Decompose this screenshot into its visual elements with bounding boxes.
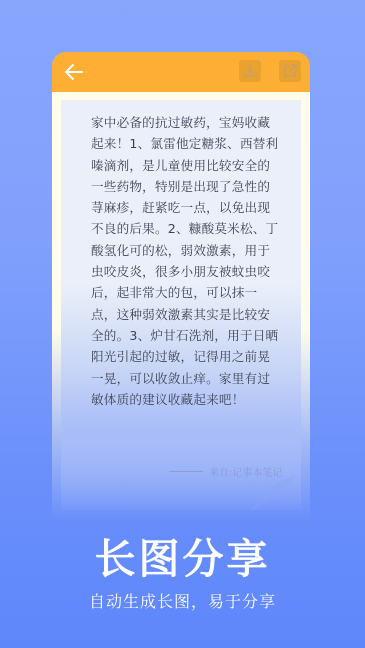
note-card: 家中必备的抗过敏药，宝妈收藏起来！1、氯雷他定糖浆、西替利嗪滴剂，是儿童使用比较… [61,100,301,510]
long-image-paper: 家中必备的抗过敏药，宝妈收藏起来！1、氯雷他定糖浆、西替利嗪滴剂，是儿童使用比较… [52,92,310,522]
promo-title: 长图分享 [0,534,365,584]
back-button[interactable] [62,60,86,84]
share-button[interactable] [279,60,301,82]
source-divider [169,471,203,472]
download-icon [242,63,258,79]
share-icon [282,63,298,79]
arrow-left-icon [62,60,86,84]
app-preview: 家中必备的抗过敏药，宝妈收藏起来！1、氯雷他定糖浆、西替利嗪滴剂，是儿童使用比较… [52,52,310,522]
promo-subtitle: 自动生成长图，易于分享 [0,589,365,612]
toolbar [52,52,310,92]
download-button[interactable] [239,60,261,82]
feather-icon [249,473,299,513]
note-body: 家中必备的抗过敏药，宝妈收藏起来！1、氯雷他定糖浆、西替利嗪滴剂，是儿童使用比较… [91,112,279,410]
